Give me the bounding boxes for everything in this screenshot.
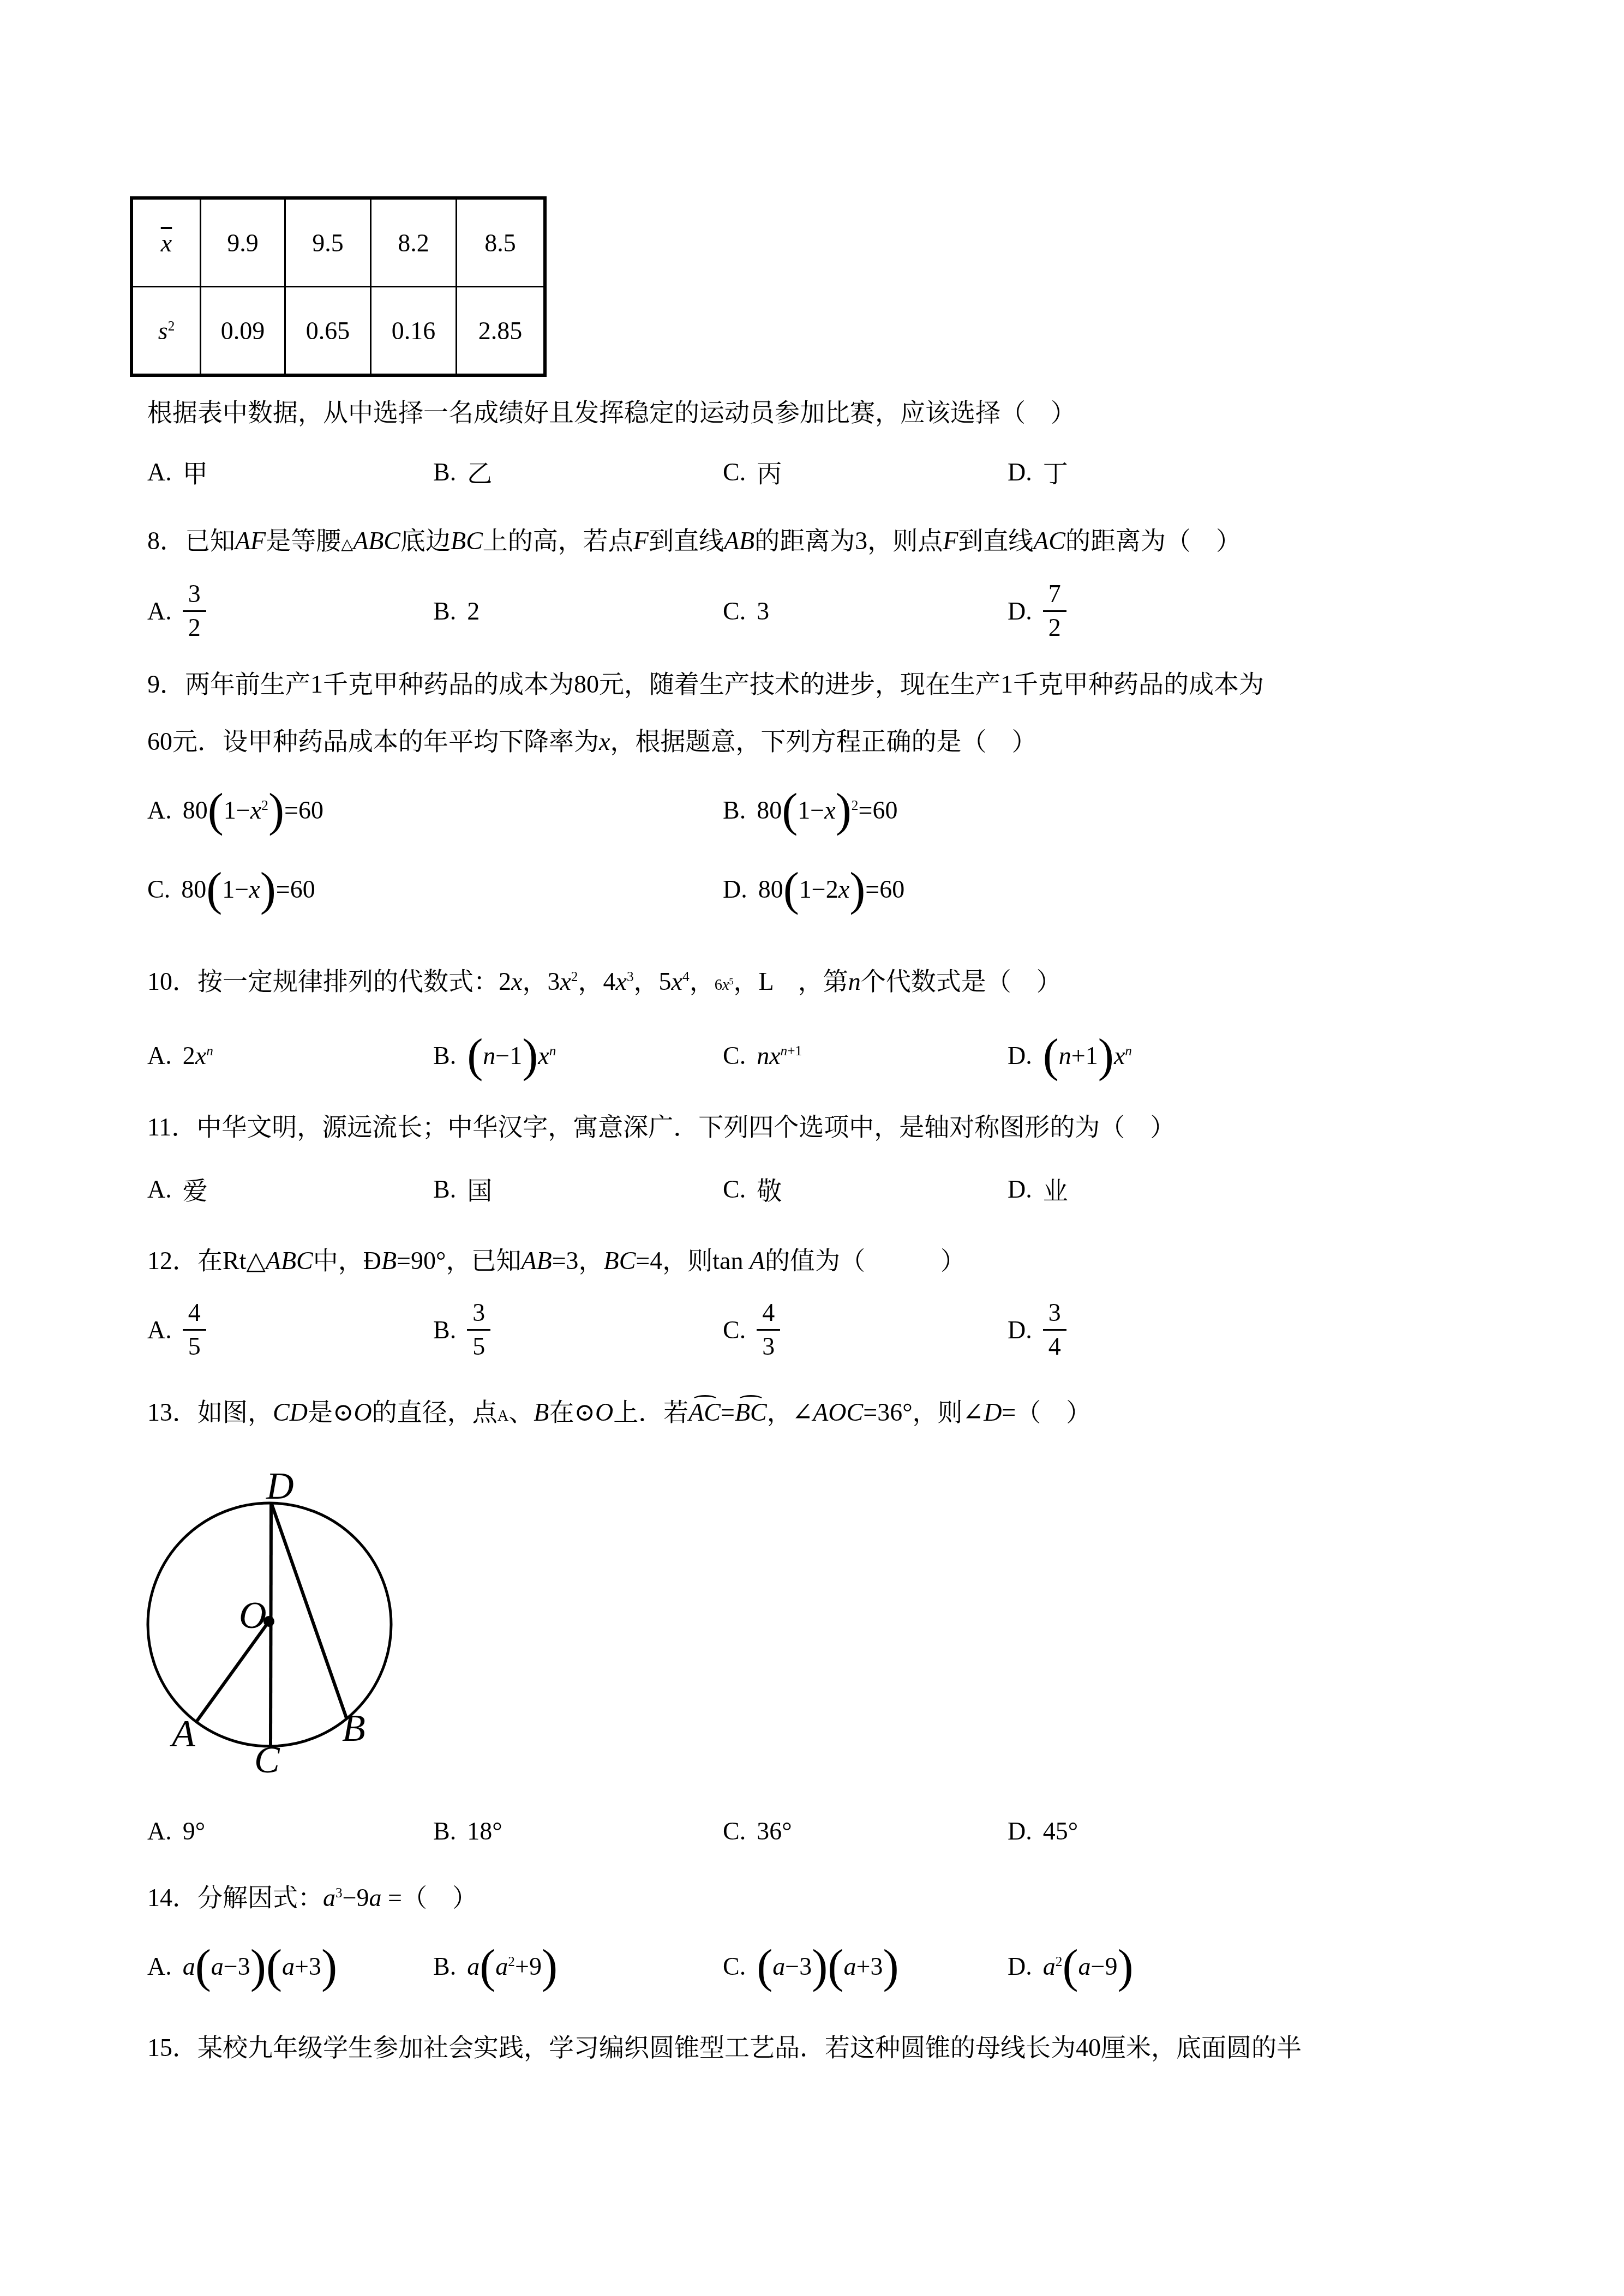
fraction-numerator: 4 — [757, 1299, 780, 1331]
option-text: 9° — [183, 1817, 205, 1846]
option-label: A. — [147, 1041, 172, 1070]
question-9-options-row1: A.80(1−x2)=60 B.80(1−x)2=60 — [147, 777, 1577, 843]
option-label: A. — [147, 1817, 172, 1846]
option-text: 丁 — [1043, 454, 1068, 490]
option-formula: 80(1−x)2=60 — [757, 796, 897, 825]
question-8-options: A.32 B.2 C.3 D.72 — [147, 564, 1577, 657]
option-formula: 80(1−2x)=60 — [758, 875, 905, 904]
option-7-d: D.丁 — [1008, 454, 1068, 489]
question-7-stem: 根据表中数据，从中选择一名成绩好且发挥稳定的运动员参加比赛，应该选择（ ） — [147, 393, 1076, 429]
question-14-options: A.a(a−3)(a+3) B.a(a2+9) C.(a−3)(a+3) D.a… — [147, 1933, 1577, 1999]
question-12-stem: 12．在Rt△ABC中，ĐB=90°，已知AB=3，BC=4，则tan A的值为… — [147, 1241, 966, 1277]
option-7-c: C.丙 — [723, 454, 782, 489]
option-label: C. — [723, 1041, 746, 1070]
option-9-b: B.80(1−x)2=60 — [723, 777, 897, 843]
table-cell: s2 — [131, 287, 201, 376]
option-text: 18° — [467, 1817, 502, 1846]
question-8-stem: 8．已知AF是等腰△ABC底边BC上的高，若点F到直线AB的距离为3，则点F到直… — [147, 521, 1241, 557]
fraction-numerator: 3 — [183, 580, 206, 612]
option-text: 甲 — [183, 454, 208, 490]
option-9-a: A.80(1−x2)=60 — [147, 777, 323, 843]
option-14-d: D.a2(a−9) — [1008, 1933, 1134, 1999]
fraction: 34 — [1043, 1299, 1066, 1361]
label-A: A — [170, 1713, 195, 1755]
fraction-denominator: 5 — [472, 1331, 485, 1361]
table-row: s2 0.09 0.65 0.16 2.85 — [131, 287, 545, 376]
table-cell: 8.5 — [457, 198, 546, 287]
option-11-c: C.敬 — [723, 1171, 782, 1206]
option-13-b: B.18° — [433, 1813, 502, 1848]
option-10-a: A.2xn — [147, 1023, 213, 1088]
option-11-d: D.业 — [1008, 1171, 1068, 1206]
question-9-stem-line2: 60元．设甲种药品成本的年平均下降率为x，根据题意，下列方程正确的是（ ） — [147, 722, 1036, 758]
table-row: x 9.9 9.5 8.2 8.5 — [131, 198, 545, 287]
fraction: 45 — [183, 1299, 206, 1361]
option-label: B. — [723, 796, 746, 825]
option-formula: 80(1−x)=60 — [181, 875, 315, 904]
option-12-b: B.35 — [433, 1283, 490, 1376]
option-label: A. — [147, 597, 172, 626]
option-text: 2 — [467, 597, 480, 626]
option-label: C. — [723, 1315, 746, 1344]
option-label: C. — [723, 597, 746, 626]
option-11-b: B.国 — [433, 1171, 492, 1206]
question-9-stem-line1: 9．两年前生产1千克甲种药品的成本为80元，随着生产技术的进步，现在生产1千克甲… — [147, 664, 1264, 700]
table-cell: 2.85 — [457, 287, 546, 376]
fraction-denominator: 2 — [188, 612, 201, 642]
option-label: B. — [433, 597, 456, 626]
question-13-stem: 13．如图，CD是⊙O的直径，点A、B在⊙O上．若AC=BC，∠AOC=36°，… — [147, 1392, 1091, 1428]
option-label: B. — [433, 1817, 456, 1846]
option-label: C. — [147, 875, 170, 904]
label-C: C — [254, 1739, 280, 1781]
question-14-stem: 14．分解因式：a3−9a =（ ） — [147, 1878, 477, 1914]
option-8-c: C.3 — [723, 564, 769, 657]
option-formula: a2(a−9) — [1043, 1952, 1134, 1981]
option-label: A. — [147, 1952, 172, 1981]
option-label: C. — [723, 1817, 746, 1846]
question-10-options: A.2xn B.(n−1)xn C.nxn+1 D.(n+1)xn — [147, 1023, 1577, 1088]
option-label: B. — [433, 1041, 456, 1070]
table-cell: 0.16 — [371, 287, 457, 376]
question-10-stem: 10．按一定规律排列的代数式：2x，3x2，4x3，5x4，6x5，L ，第n个… — [147, 961, 1062, 997]
question-11-stem: 11．中华文明，源远流长；中华汉字，寓意深广．下列四个选项中，是轴对称图形的为（… — [147, 1107, 1175, 1143]
option-label: C. — [723, 1175, 746, 1204]
option-label: A. — [147, 796, 172, 825]
fraction-denominator: 3 — [762, 1331, 775, 1361]
fraction: 72 — [1043, 580, 1066, 642]
option-label: C. — [723, 458, 746, 486]
table-cell: 0.65 — [285, 287, 371, 376]
option-text: 敬 — [757, 1171, 782, 1207]
option-7-a: A.甲 — [147, 454, 208, 489]
option-13-d: D.45° — [1008, 1813, 1078, 1848]
fraction-numerator: 4 — [183, 1299, 206, 1331]
option-text: 36° — [757, 1817, 792, 1846]
question-13-options: A.9° B.18° C.36° D.45° — [147, 1813, 1577, 1848]
question-7-options: A.甲 B.乙 C.丙 D.丁 — [147, 454, 1577, 489]
question-9-options-row2: C.80(1−x)=60 D.80(1−2x)=60 — [147, 856, 1577, 922]
fraction-denominator: 2 — [1048, 612, 1061, 642]
circle-figure: D O A B C — [131, 1467, 415, 1783]
fraction-denominator: 5 — [188, 1331, 201, 1361]
table-cell: 9.9 — [201, 198, 285, 287]
option-text: 乙 — [467, 454, 492, 490]
fraction-numerator: 7 — [1043, 580, 1066, 612]
option-9-d: D.80(1−2x)=60 — [723, 856, 904, 922]
option-formula: (n−1)xn — [467, 1041, 556, 1070]
option-label: B. — [433, 1952, 456, 1981]
option-label: B. — [433, 1315, 456, 1344]
option-12-c: C.43 — [723, 1283, 780, 1376]
option-formula: 2xn — [183, 1041, 213, 1070]
option-formula: 80(1−x2)=60 — [183, 796, 323, 825]
option-label: A. — [147, 1315, 172, 1344]
option-text: 45° — [1043, 1817, 1078, 1846]
chord-DB — [271, 1502, 346, 1718]
option-text: 爱 — [183, 1171, 208, 1207]
question-15-stem: 15．某校九年级学生参加社会实践，学习编织圆锥型工艺品．若这种圆锥的母线长为40… — [147, 2028, 1302, 2064]
fraction: 32 — [183, 580, 206, 642]
fraction: 43 — [757, 1299, 780, 1361]
fraction: 35 — [467, 1299, 490, 1361]
label-D: D — [266, 1467, 294, 1507]
option-text: 国 — [467, 1171, 492, 1207]
option-14-b: B.a(a2+9) — [433, 1933, 558, 1999]
option-formula: a(a−3)(a+3) — [183, 1952, 337, 1981]
statistics-table: x 9.9 9.5 8.2 8.5 s2 0.09 0.65 0.16 2.85 — [130, 196, 547, 377]
option-8-b: B.2 — [433, 564, 480, 657]
option-13-a: A.9° — [147, 1813, 205, 1848]
option-11-a: A.爱 — [147, 1171, 208, 1206]
option-label: A. — [147, 1175, 172, 1204]
fraction-denominator: 4 — [1048, 1331, 1061, 1361]
question-12-options: A.45 B.35 C.43 D.34 — [147, 1283, 1577, 1376]
option-formula: nxn+1 — [757, 1041, 802, 1070]
option-7-b: B.乙 — [433, 454, 492, 489]
option-label: D. — [1008, 1817, 1032, 1846]
fraction-numerator: 3 — [1043, 1299, 1066, 1331]
option-label: D. — [1008, 1041, 1032, 1070]
option-formula: (a−3)(a+3) — [757, 1952, 898, 1981]
option-12-d: D.34 — [1008, 1283, 1066, 1376]
option-10-c: C.nxn+1 — [723, 1023, 802, 1088]
option-label: A. — [147, 458, 172, 486]
option-label: B. — [433, 1175, 456, 1204]
option-label: D. — [1008, 458, 1032, 486]
option-12-a: A.45 — [147, 1283, 206, 1376]
option-8-a: A.32 — [147, 564, 206, 657]
option-text: 业 — [1043, 1171, 1068, 1207]
table-cell: 0.09 — [201, 287, 285, 376]
option-10-d: D.(n+1)xn — [1008, 1023, 1132, 1088]
option-label: C. — [723, 1952, 746, 1981]
fraction-numerator: 3 — [467, 1299, 490, 1331]
option-8-d: D.72 — [1008, 564, 1066, 657]
question-11-options: A.爱 B.国 C.敬 D.业 — [147, 1171, 1577, 1206]
option-label: D. — [1008, 1952, 1032, 1981]
option-13-c: C.36° — [723, 1813, 792, 1848]
option-label: D. — [1008, 1175, 1032, 1204]
option-14-a: A.a(a−3)(a+3) — [147, 1933, 337, 1999]
option-formula: (n+1)xn — [1043, 1041, 1132, 1070]
label-O: O — [239, 1595, 267, 1637]
table-cell: x — [131, 198, 201, 287]
option-label: B. — [433, 458, 456, 486]
table-cell: 9.5 — [285, 198, 371, 287]
option-10-b: B.(n−1)xn — [433, 1023, 556, 1088]
option-text: 丙 — [757, 454, 782, 490]
option-14-c: C.(a−3)(a+3) — [723, 1933, 899, 1999]
option-formula: a(a2+9) — [467, 1952, 558, 1981]
option-9-c: C.80(1−x)=60 — [147, 856, 315, 922]
option-label: D. — [1008, 597, 1032, 626]
option-label: D. — [723, 875, 747, 904]
exam-page: x 9.9 9.5 8.2 8.5 s2 0.09 0.65 0.16 2.85… — [0, 0, 1624, 2296]
option-label: D. — [1008, 1315, 1032, 1344]
label-B: B — [342, 1708, 365, 1750]
table-cell: 8.2 — [371, 198, 457, 287]
option-text: 3 — [757, 597, 769, 626]
